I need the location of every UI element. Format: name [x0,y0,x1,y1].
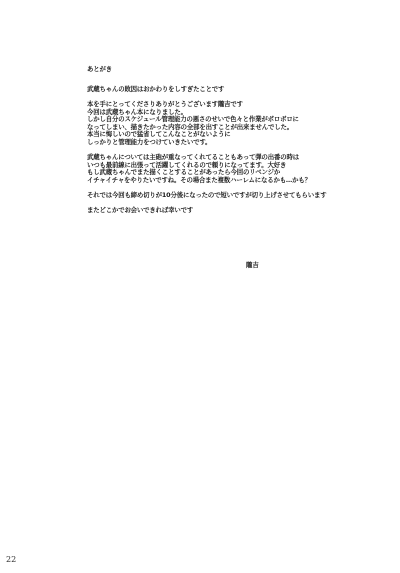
paragraph-farewell: またどこかでお会いできれば幸いです [87,207,193,215]
paragraph-musashi: 武蔵ちゃんについては主砲が重なってくれてることもあって弾の出番の時は いつも最前… [87,154,311,184]
afterword-heading: あとがき [87,66,112,74]
paragraph-thanks: 本を手にとってくださりありがとうございます隴吉です 今回は武蔵ちゃん本になりまし… [87,101,299,147]
text-line: またどこかでお会いできれば幸いです [87,207,193,215]
author-signature: 隴吉 [246,260,259,269]
text-line: しっかりと管理能力をつけていきたいです。 [87,139,299,147]
afterword-title: 武蔵ちゃんの敗因はおかわりをしすぎたことです [87,86,224,94]
text-line: イチャイチャをやりたいですね。その場合また複数ハーレムになるかも…かも？ [87,177,311,185]
text-line: それでは今回も締め切りが10分後になったので短いですが切り上げさせてもらいます [87,192,327,200]
paragraph-deadline: それでは今回も締め切りが10分後になったので短いですが切り上げさせてもらいます [87,192,327,200]
page-number: 22 [6,555,16,564]
